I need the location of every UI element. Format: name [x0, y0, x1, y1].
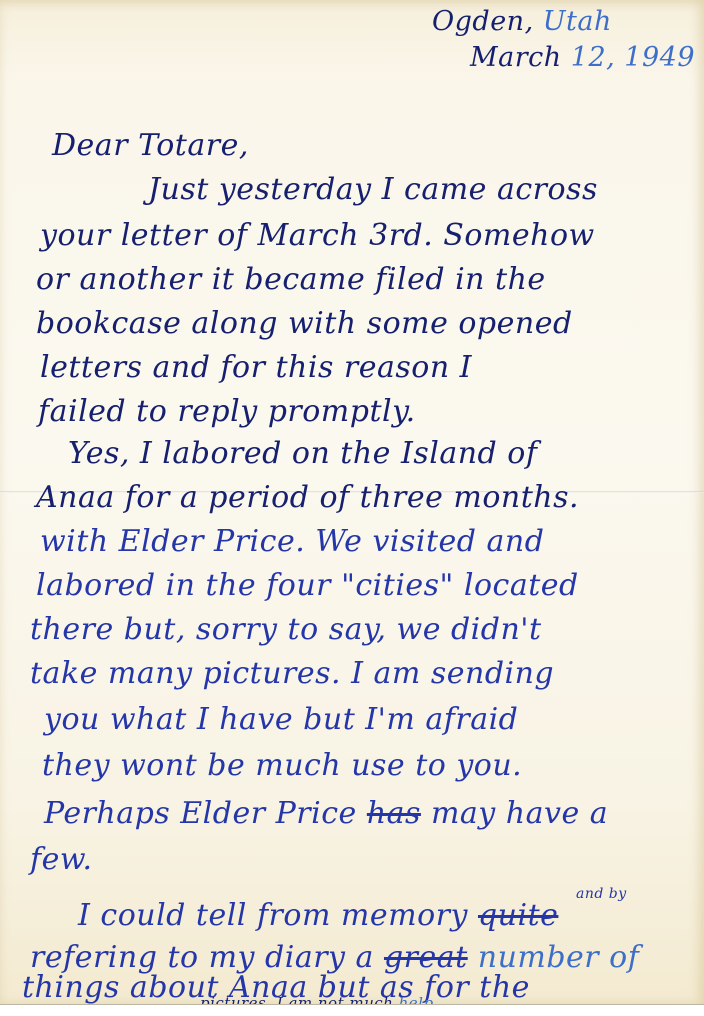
letter-date: March 12, 1949 [470, 42, 695, 73]
text-segment: Perhaps Elder Price [44, 796, 367, 831]
body-line: take many pictures. I am sending [30, 656, 554, 691]
body-line-memory: I could tell from memory quite [78, 898, 558, 933]
body-line: failed to reply promptly. [38, 394, 416, 429]
place-state: Utah [543, 6, 612, 37]
body-line: Yes, I labored on the Island of [68, 436, 537, 471]
body-line: or another it became filed in the [36, 262, 546, 297]
text-segment: may have a [421, 796, 608, 831]
salutation: Dear Totare, [52, 128, 249, 163]
body-line: you what I have but I'm afraid [44, 702, 518, 737]
struck-word: quite [478, 898, 558, 933]
date-month: March [470, 42, 562, 73]
body-line: bookcase along with some opened [36, 306, 573, 341]
scan-bottom-border [0, 1004, 704, 1016]
body-line: there but, sorry to say, we didn't [30, 612, 542, 647]
body-line: your letter of March 3rd. Somehow [40, 218, 595, 253]
body-line-few: few. [30, 842, 93, 877]
place-city: Ogden, [432, 6, 534, 37]
body-line: Anaa for a period of three months. [36, 480, 579, 515]
body-line: they wont be much use to you. [42, 748, 522, 783]
text-segment: I could tell from memory [78, 898, 478, 933]
insertion-above: and by [576, 886, 627, 902]
letter-place: Ogden, Utah [432, 6, 612, 37]
body-line: letters and for this reason I [40, 350, 472, 385]
body-line-perhaps: Perhaps Elder Price has may have a [44, 796, 608, 831]
struck-word: has [367, 796, 421, 831]
date-day-year: 12, 1949 [571, 42, 695, 73]
body-line: with Elder Price. We visited and [40, 524, 544, 559]
body-line: labored in the four "cities" located [36, 568, 579, 603]
body-line: Just yesterday I came across [148, 172, 598, 207]
